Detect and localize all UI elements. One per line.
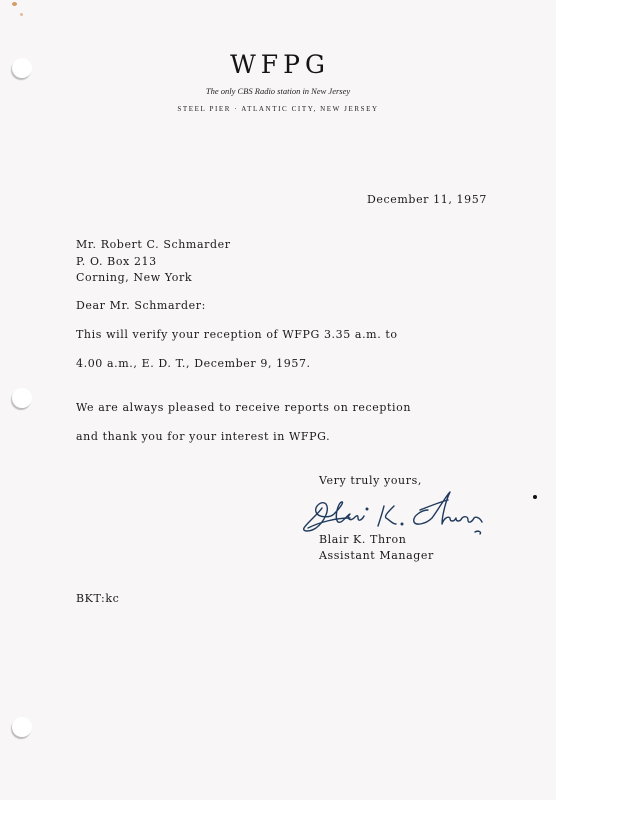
body-line: and thank you for your interest in WFPG. (76, 430, 330, 443)
stain-mark (20, 13, 23, 16)
letter-date: December 11, 1957 (367, 193, 487, 206)
recipient-name: Mr. Robert C. Schmarder (76, 238, 231, 251)
letterhead-station-name: WFPG (0, 50, 558, 79)
reference-initials: BKT:kc (76, 592, 119, 605)
letter-page: WFPG The only CBS Radio station in New J… (0, 0, 556, 800)
letterhead-tagline: The only CBS Radio station in New Jersey (0, 86, 556, 96)
body-line: We are always pleased to receive reports… (76, 401, 411, 414)
recipient-po-box: P. O. Box 213 (76, 255, 157, 268)
punch-hole-middle (12, 388, 32, 408)
stain-mark (12, 2, 17, 6)
closing: Very truly yours, (319, 474, 422, 487)
ink-dot (533, 495, 537, 499)
salutation: Dear Mr. Schmarder: (76, 299, 206, 312)
signatory-title: Assistant Manager (319, 549, 434, 562)
body-line: 4.00 a.m., E. D. T., December 9, 1957. (76, 357, 311, 370)
body-line: This will verify your reception of WFPG … (76, 328, 398, 341)
letterhead-address: STEEL PIER · ATLANTIC CITY, NEW JERSEY (0, 105, 556, 113)
signatory-name: Blair K. Thron (319, 533, 406, 546)
recipient-city: Corning, New York (76, 271, 192, 284)
punch-hole-bottom (12, 717, 32, 737)
